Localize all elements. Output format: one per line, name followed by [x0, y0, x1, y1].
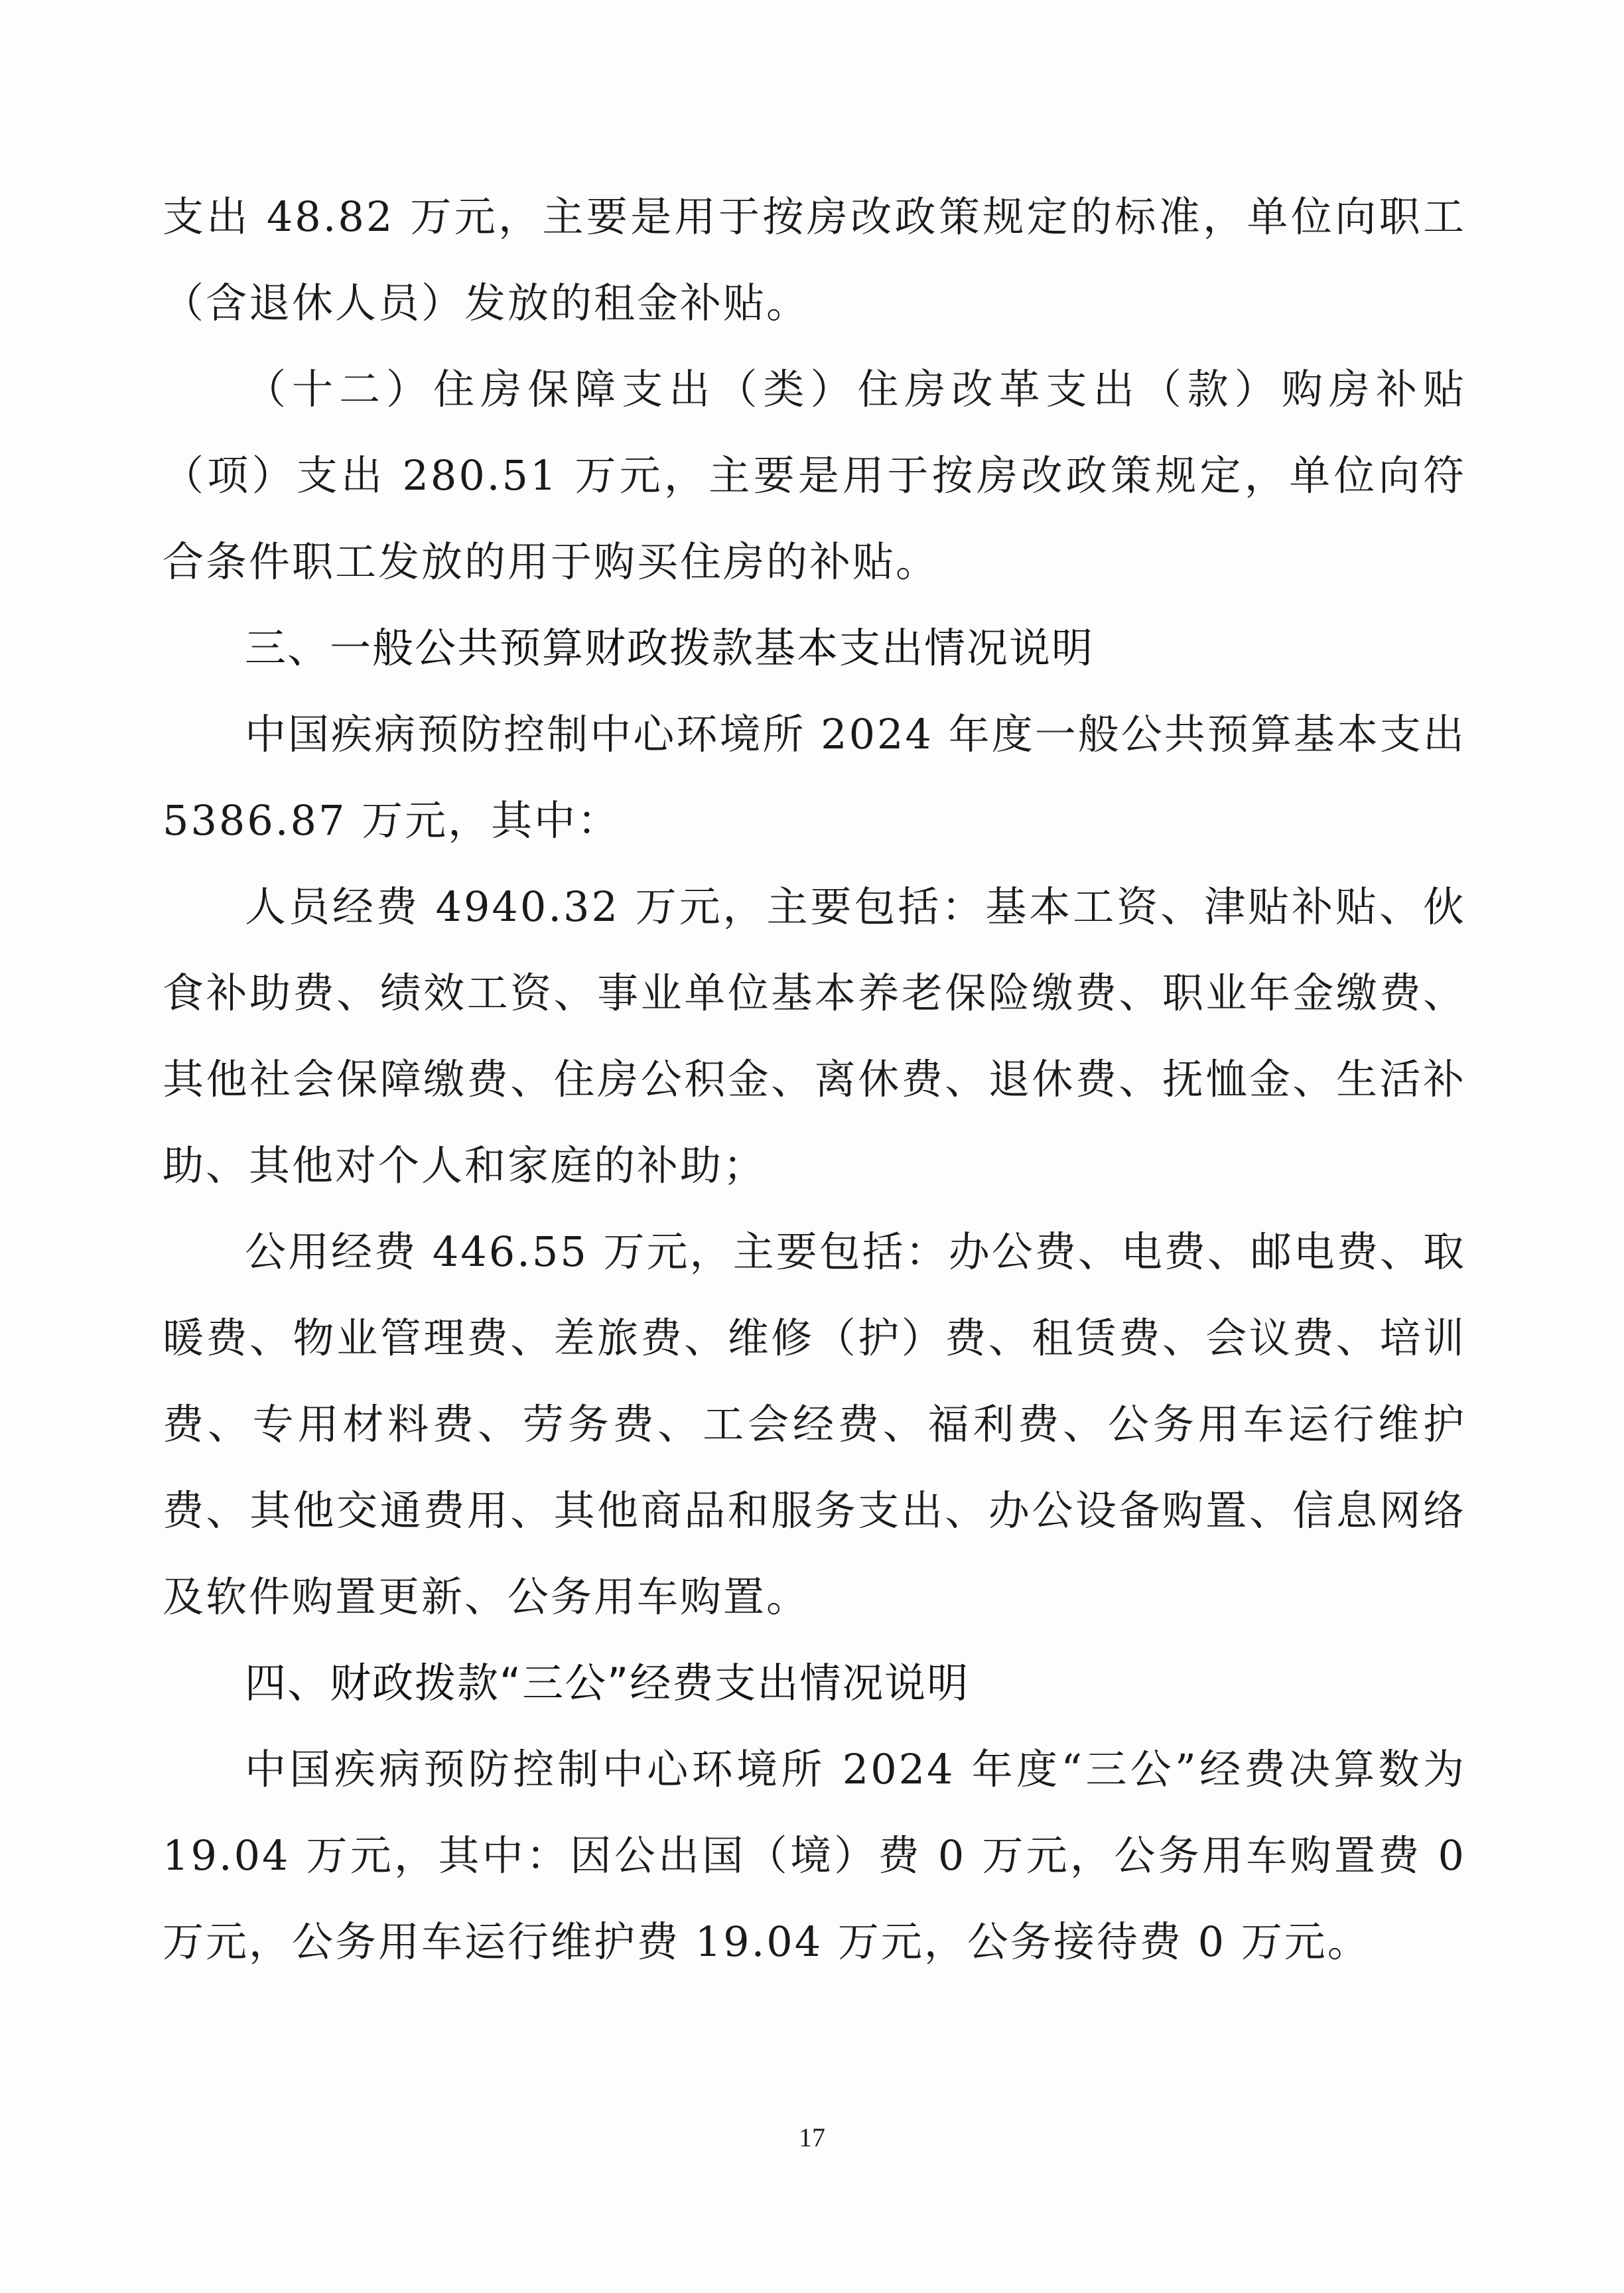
page-number: 17 — [0, 2122, 1624, 2153]
paragraph-personnel-expenses: 人员经费 4940.32 万元，主要包括：基本工资、津贴补贴、伙食补助费、绩效工… — [163, 864, 1466, 1209]
paragraph-housing-purchase-subsidy: （十二）住房保障支出（类）住房改革支出（款）购房补贴（项）支出 280.51 万… — [163, 346, 1466, 605]
section-heading-three-public-expenses: 四、财政拨款“三公”经费支出情况说明 — [163, 1640, 1466, 1726]
paragraph-public-expenses: 公用经费 446.55 万元，主要包括：办公费、电费、邮电费、取暖费、物业管理费… — [163, 1209, 1466, 1640]
paragraph-basic-expenditure-total: 中国疾病预防控制中心环境所 2024 年度一般公共预算基本支出 5386.87 … — [163, 691, 1466, 864]
document-page: 支出 48.82 万元，主要是用于按房改政策规定的标准，单位向职工（含退休人员）… — [163, 174, 1466, 1985]
section-heading-basic-expenditure: 三、一般公共预算财政拨款基本支出情况说明 — [163, 605, 1466, 691]
paragraph-rent-subsidy: 支出 48.82 万元，主要是用于按房改政策规定的标准，单位向职工（含退休人员）… — [163, 174, 1466, 346]
paragraph-three-public-expenses-detail: 中国疾病预防控制中心环境所 2024 年度“三公”经费决算数为 19.04 万元… — [163, 1726, 1466, 1985]
